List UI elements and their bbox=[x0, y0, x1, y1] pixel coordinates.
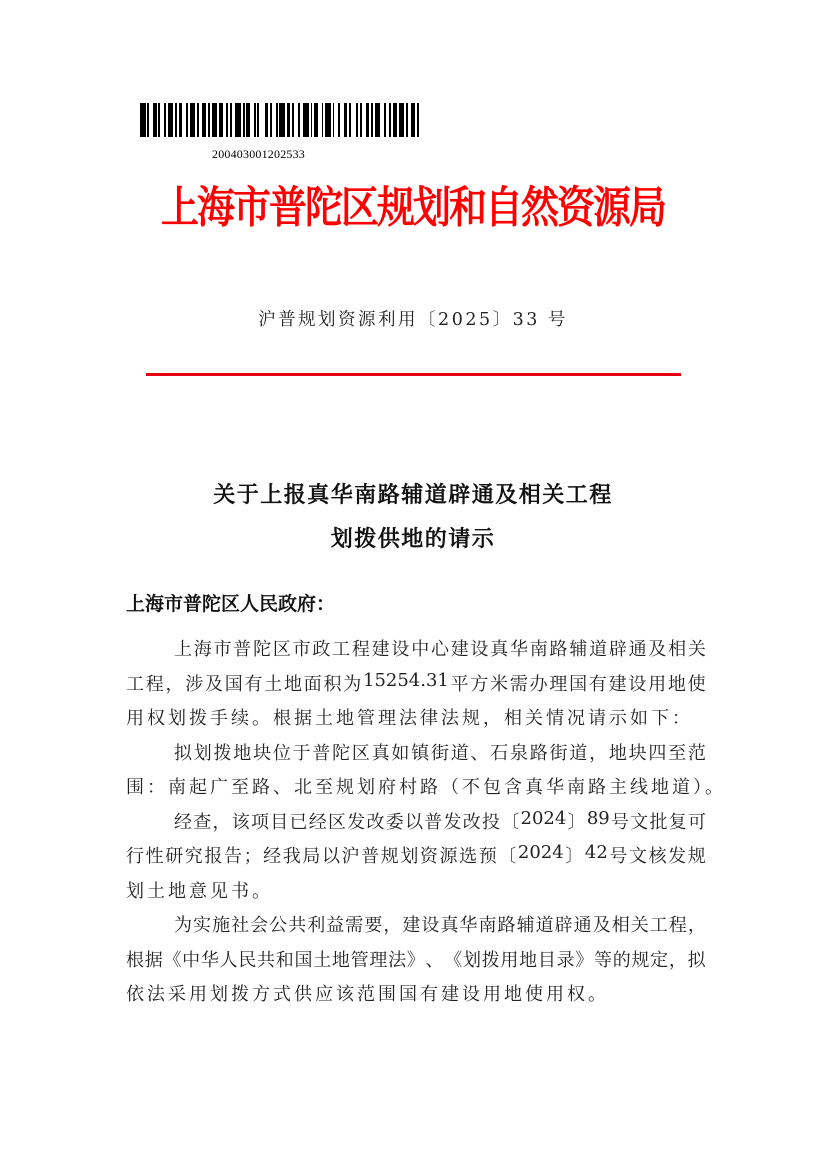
body-line: 上海市普陀区市政工程建设中心建设真华南路辅道辟通及相关 bbox=[174, 635, 706, 661]
body-line: 拟划拨地块位于普陀区真如镇街道、石泉路街道，地块四至范 bbox=[174, 739, 706, 765]
document-number: 沪普规划资源利用〔2025〕33 号 bbox=[0, 306, 826, 331]
addressee: 上海市普陀区人民政府： bbox=[126, 589, 335, 616]
document-title-line-1: 关于上报真华南路辅道辟通及相关工程 bbox=[0, 478, 826, 509]
body-line: 工程，涉及国有土地面积为15254.31平方米需办理国有建设用地使 bbox=[126, 670, 706, 696]
body-line: 用权划拨手续。根据土地管理法律法规，相关情况请示如下： bbox=[126, 704, 706, 730]
body-line: 经查，该项目已经区发改委以普发改投〔2024〕89号文批复可 bbox=[174, 808, 706, 834]
body-line: 根据《中华人民共和国土地管理法》、《划拨用地目录》等的规定，拟 bbox=[126, 946, 706, 972]
red-divider bbox=[146, 373, 681, 376]
organization-title: 上海市普陀区规划和自然资源局 bbox=[0, 172, 826, 235]
document-title-line-2: 划拨供地的请示 bbox=[0, 522, 826, 553]
body-line: 依法采用划拨方式供应该范围国有建设用地使用权。 bbox=[126, 980, 706, 1006]
barcode-number: 200403001202533 bbox=[212, 147, 305, 162]
body-line: 划土地意见书。 bbox=[126, 877, 706, 903]
body-line: 围：南起广至路、北至规划府村路（不包含真华南路主线地道）。 bbox=[126, 773, 706, 799]
barcode bbox=[140, 103, 422, 137]
body-line: 行性研究报告；经我局以沪普规划资源选预〔2024〕42号文核发规 bbox=[126, 842, 706, 868]
body-line: 为实施社会公共利益需要，建设真华南路辅道辟通及相关工程， bbox=[174, 911, 706, 937]
